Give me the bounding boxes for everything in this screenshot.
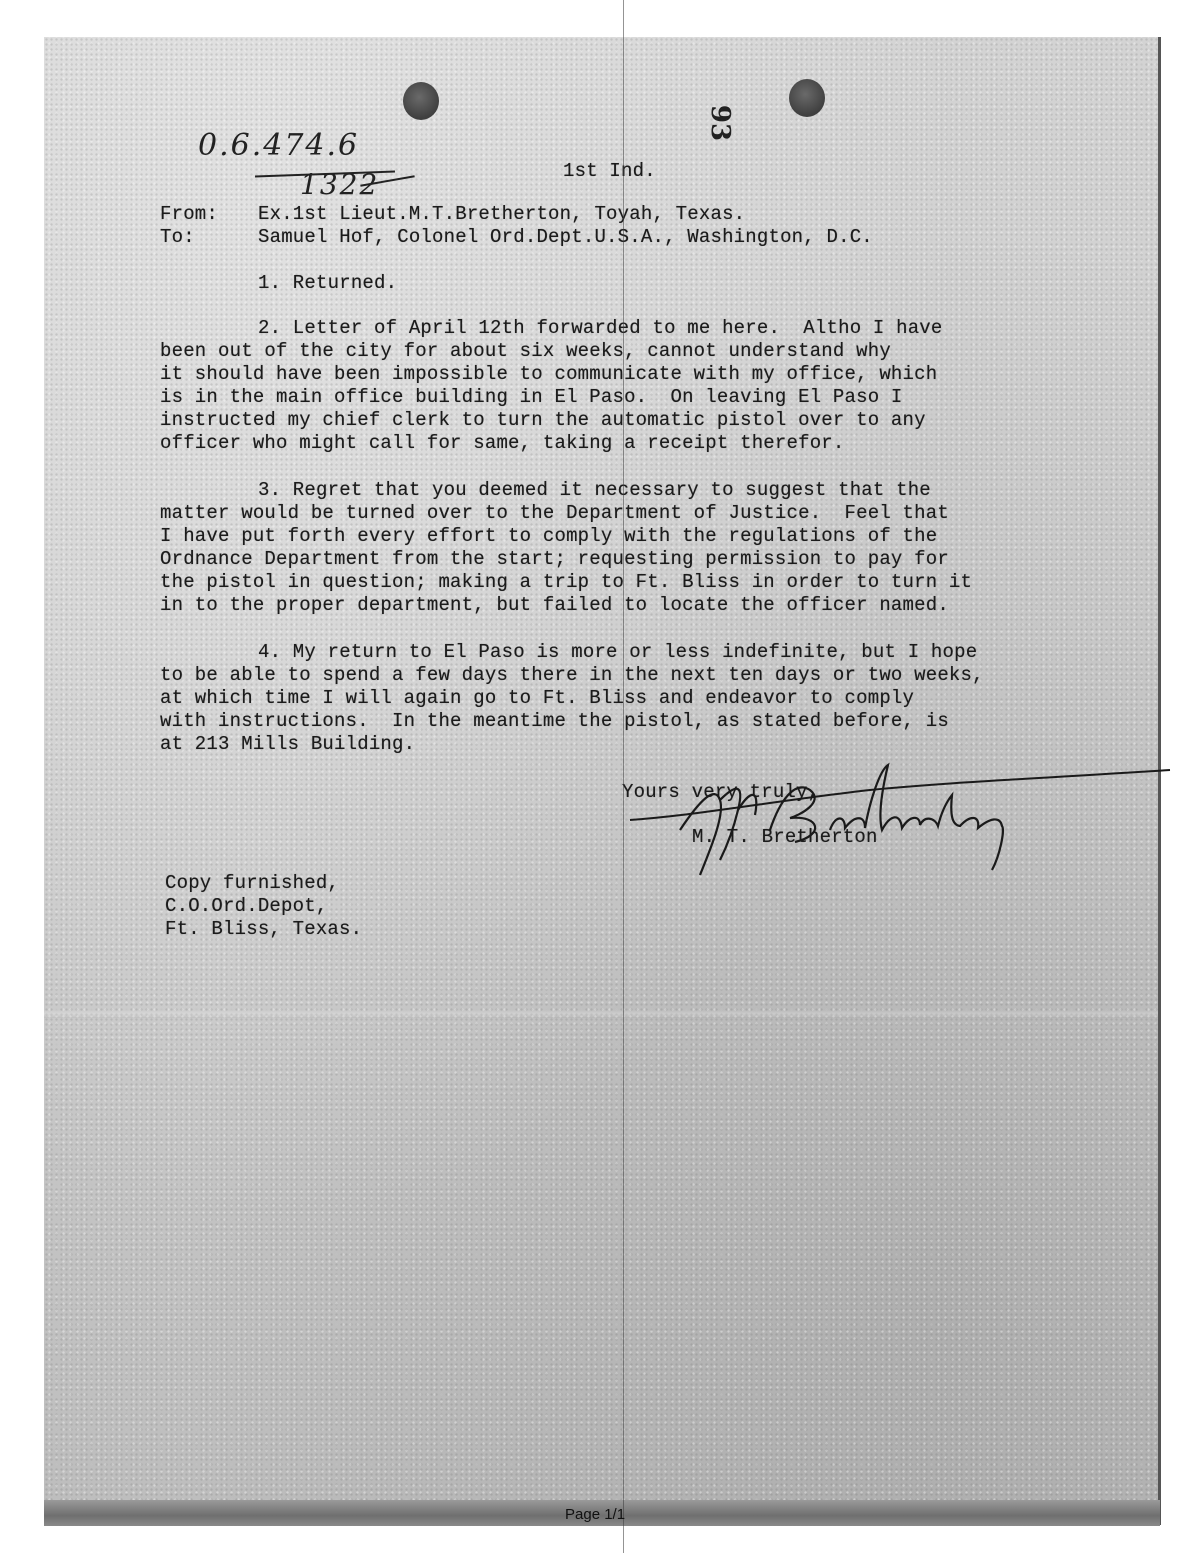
paragraph-4-line: at 213 Mills Building. <box>160 733 415 756</box>
page-indicator: Page 1/1 <box>565 1506 625 1523</box>
paragraph-3-line: matter would be turned over to the Depar… <box>160 502 949 525</box>
scan-fold-line <box>623 0 624 1553</box>
paragraph-3-line: in to the proper department, but failed … <box>160 594 949 617</box>
paragraph-3-line: I have put forth every effort to comply … <box>160 525 937 548</box>
copy-furnished-line: Ft. Bliss, Texas. <box>165 918 362 941</box>
paragraph-3-line: 3. Regret that you deemed it necessary t… <box>258 479 931 502</box>
paragraph-3-line: the pistol in question; making a trip to… <box>160 571 972 594</box>
from-label: From: <box>160 203 218 226</box>
punch-hole-left <box>403 82 439 120</box>
to-label: To: <box>160 226 195 249</box>
paragraph-4-line: at which time I will again go to Ft. Bli… <box>160 687 914 710</box>
paragraph-2-line: is in the main office building in El Pas… <box>160 386 903 409</box>
paragraph-2-line: 2. Letter of April 12th forwarded to me … <box>258 317 943 340</box>
to-value: Samuel Hof, Colonel Ord.Dept.U.S.A., Was… <box>258 226 873 249</box>
paragraph-1: 1. Returned. <box>258 272 397 295</box>
handwritten-page-number: 93 <box>705 105 735 141</box>
paragraph-4-line: 4. My return to El Paso is more or less … <box>258 641 977 664</box>
from-value: Ex.1st Lieut.M.T.Bretherton, Toyah, Texa… <box>258 203 745 226</box>
copy-furnished-line: Copy furnished, <box>165 872 339 895</box>
handwritten-file-number: 0.6.474.6 <box>198 128 359 163</box>
indorsement-heading: 1st Ind. <box>563 160 656 183</box>
paragraph-2-line: been out of the city for about six weeks… <box>160 340 891 363</box>
paragraph-3-line: Ordnance Department from the start; requ… <box>160 548 949 571</box>
paragraph-4-line: to be able to spend a few days there in … <box>160 664 984 687</box>
paragraph-2-line: officer who might call for same, taking … <box>160 432 845 455</box>
paragraph-2-line: it should have been impossible to commun… <box>160 363 937 386</box>
copy-furnished-line: C.O.Ord.Depot, <box>165 895 327 918</box>
punch-hole-right <box>789 79 825 117</box>
paragraph-4-line: with instructions. In the meantime the p… <box>160 710 949 733</box>
paragraph-2-line: instructed my chief clerk to turn the au… <box>160 409 926 432</box>
paper-crease <box>44 1010 1160 1018</box>
handwritten-signature <box>620 760 1180 890</box>
